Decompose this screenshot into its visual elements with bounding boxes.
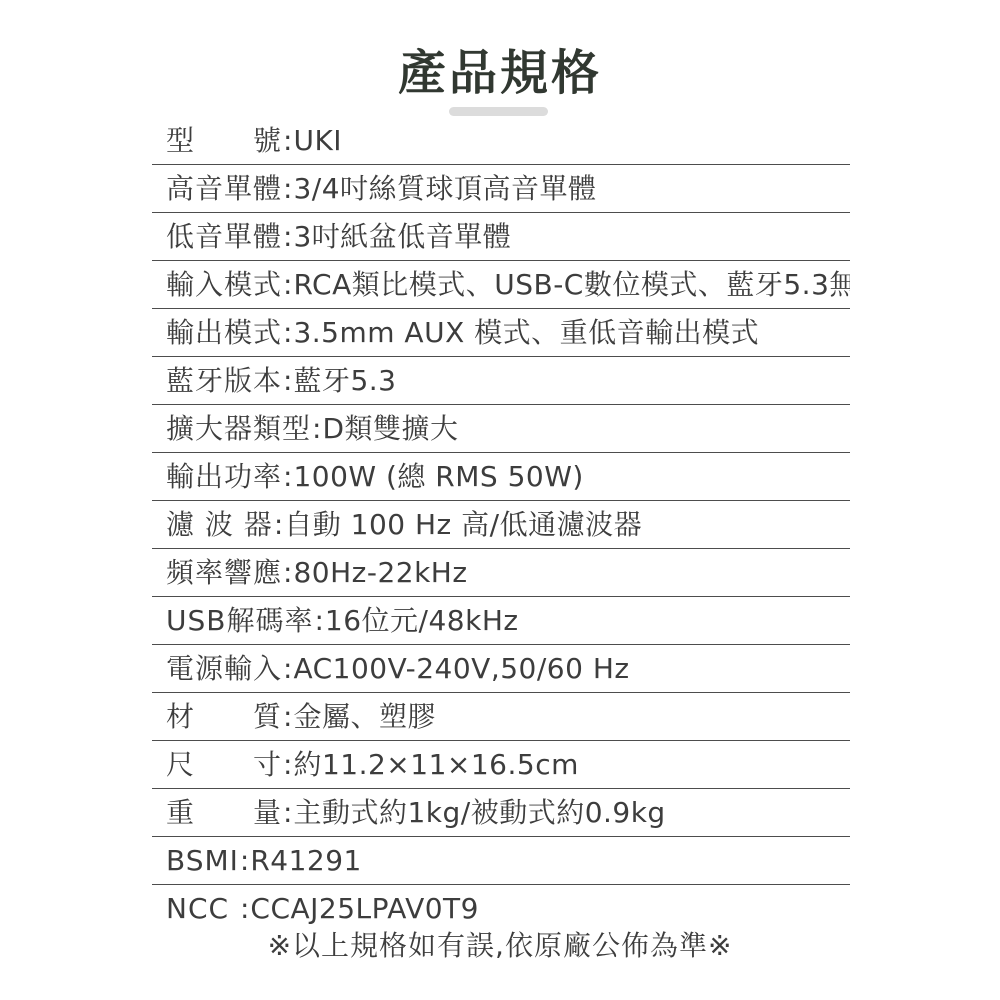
spec-value: 80Hz-22kHz	[293, 556, 467, 589]
spec-colon: :	[239, 892, 250, 925]
spec-row: BSMI:R41291	[152, 837, 850, 885]
spec-label: 濾 波 器	[166, 508, 273, 541]
spec-value: 3.5mm AUX 模式、重低音輸出模式	[293, 316, 759, 349]
spec-row: 輸出模式:3.5mm AUX 模式、重低音輸出模式	[152, 309, 850, 357]
spec-label: 型 號	[166, 124, 282, 157]
page-title: 產品規格	[0, 34, 1000, 103]
spec-label: 輸出功率	[166, 460, 282, 493]
spec-value: 3吋紙盆低音單體	[293, 220, 511, 253]
spec-value: D類雙擴大	[322, 412, 458, 445]
spec-row: 輸入模式:RCA類比模式、USB-C數位模式、藍牙5.3無線模式	[152, 261, 850, 309]
spec-value: 金屬、塑膠	[293, 700, 436, 733]
spec-colon: :	[273, 508, 284, 541]
spec-row: 擴大器類型:D類雙擴大	[152, 405, 850, 453]
spec-colon: :	[282, 796, 293, 829]
spec-label: BSMI	[166, 844, 239, 877]
spec-label: USB解碼率	[166, 604, 313, 637]
spec-label: 輸出模式	[166, 316, 282, 349]
spec-row: 電源輸入:AC100V-240V,50/60 Hz	[152, 645, 850, 693]
spec-colon: :	[282, 652, 293, 685]
product-spec-page: 產品規格 型 號:UKI高音單體:3/4吋絲質球頂高音單體低音單體:3吋紙盆低音…	[0, 0, 1000, 1000]
spec-colon: :	[282, 748, 293, 781]
spec-value: 3/4吋絲質球頂高音單體	[293, 172, 596, 205]
spec-label: 擴大器類型	[166, 412, 311, 445]
spec-value: R41291	[250, 844, 362, 877]
spec-table: 型 號:UKI高音單體:3/4吋絲質球頂高音單體低音單體:3吋紙盆低音單體輸入模…	[152, 117, 850, 933]
spec-row: 藍牙版本:藍牙5.3	[152, 357, 850, 405]
spec-colon: :	[282, 364, 293, 397]
spec-value: RCA類比模式、USB-C數位模式、藍牙5.3無線模式	[293, 268, 850, 301]
spec-row: 濾 波 器:自動 100 Hz 高/低通濾波器	[152, 501, 850, 549]
spec-label: 高音單體	[166, 172, 282, 205]
spec-colon: :	[282, 220, 293, 253]
spec-label: 重 量	[166, 796, 282, 829]
spec-label: 材 質	[166, 700, 282, 733]
spec-colon: :	[282, 172, 293, 205]
spec-colon: :	[282, 460, 293, 493]
spec-row: USB解碼率:16位元/48kHz	[152, 597, 850, 645]
spec-label: 藍牙版本	[166, 364, 282, 397]
spec-row: 低音單體:3吋紙盆低音單體	[152, 213, 850, 261]
spec-label: 頻率響應	[166, 556, 282, 589]
spec-row: 材 質:金屬、塑膠	[152, 693, 850, 741]
spec-value: 16位元/48kHz	[325, 604, 519, 637]
spec-value: CCAJ25LPAV0T9	[250, 892, 479, 925]
spec-colon: :	[282, 316, 293, 349]
spec-row: 型 號:UKI	[152, 117, 850, 165]
spec-colon: :	[239, 844, 250, 877]
spec-colon: :	[282, 268, 293, 301]
spec-value: 約11.2×11×16.5cm	[293, 748, 578, 781]
spec-value: 100W (總 RMS 50W)	[293, 460, 583, 493]
spec-value: UKI	[293, 124, 342, 157]
spec-label: 輸入模式	[166, 268, 282, 301]
spec-row: 尺 寸:約11.2×11×16.5cm	[152, 741, 850, 789]
spec-colon: :	[311, 412, 322, 445]
spec-row: 重 量:主動式約1kg/被動式約0.9kg	[152, 789, 850, 837]
spec-row: 輸出功率:100W (總 RMS 50W)	[152, 453, 850, 501]
spec-label: 電源輸入	[166, 652, 282, 685]
spec-colon: :	[313, 604, 324, 637]
spec-value: AC100V-240V,50/60 Hz	[293, 652, 629, 685]
spec-value: 主動式約1kg/被動式約0.9kg	[293, 796, 665, 829]
spec-row: 頻率響應:80Hz-22kHz	[152, 549, 850, 597]
title-divider-bar	[449, 107, 548, 116]
footer-disclaimer: ※以上規格如有誤,依原廠公佈為準※	[0, 924, 1000, 964]
spec-label: 低音單體	[166, 220, 282, 253]
spec-colon: :	[282, 556, 293, 589]
spec-label: 尺 寸	[166, 748, 282, 781]
spec-colon: :	[282, 700, 293, 733]
spec-value: 自動 100 Hz 高/低通濾波器	[284, 508, 642, 541]
spec-colon: :	[282, 124, 293, 157]
spec-row: 高音單體:3/4吋絲質球頂高音單體	[152, 165, 850, 213]
spec-value: 藍牙5.3	[293, 364, 396, 397]
spec-label: NCC	[166, 892, 239, 925]
